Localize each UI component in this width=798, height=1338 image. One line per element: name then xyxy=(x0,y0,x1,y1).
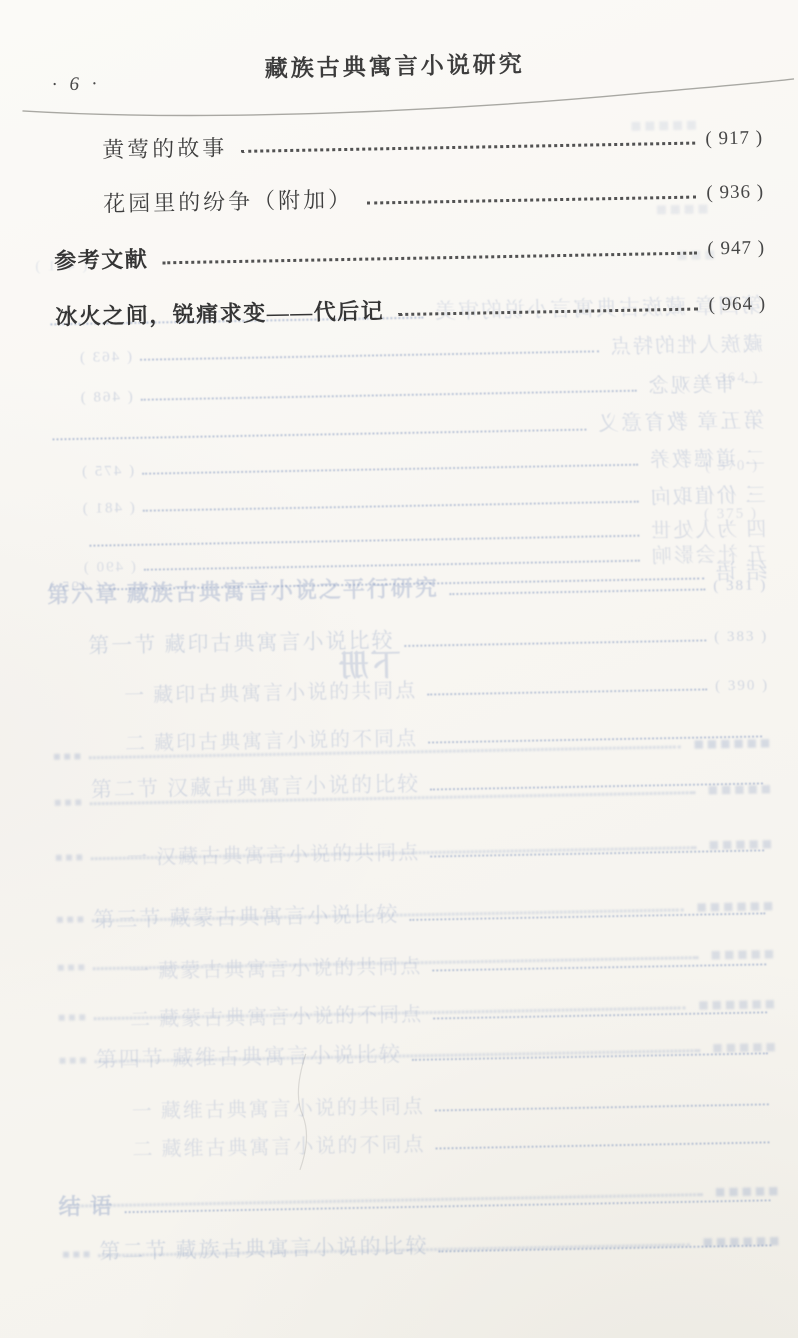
toc-entry-page: ( 936 ) xyxy=(706,181,764,204)
bleedthrough-line: ( 375 ) xyxy=(704,505,758,523)
bleedthrough-line: 藏族人性的特点( 463 ) xyxy=(78,327,763,369)
page-content: · 6 · 藏族古典寓言小说研究 ■■■■■■■■■■■■( 461 )第四章 … xyxy=(0,0,798,1338)
toc-entry-page: ( 964 ) xyxy=(708,293,766,316)
running-head-title: 藏族古典寓言小说研究 xyxy=(0,41,794,89)
dot-leader xyxy=(367,196,696,205)
dot-leader xyxy=(398,308,698,317)
bleedthrough-line: 第五章 教育意义 xyxy=(44,404,764,447)
bleedthrough-layer: ■■■■■■■■■■■■( 461 )第四章 藏族古典寓言小说的审美藏族人性的特… xyxy=(0,0,792,7)
toc-entry-label: 花园里的纷争（附加） xyxy=(103,183,354,219)
bleedthrough-line: 二 藏维古典寓言小说的不同点 xyxy=(132,1121,777,1162)
bleedthrough-line: 一 审美观念( 468 ) xyxy=(78,367,763,409)
toc-entry-page: ( 947 ) xyxy=(707,237,765,260)
toc-entry-page: ( 917 ) xyxy=(705,127,763,150)
toc-entry-label: 黄莺的故事 xyxy=(102,131,228,164)
dot-leader xyxy=(241,142,695,153)
bleedthrough-line: ( 370 ) xyxy=(705,457,759,475)
bleedthrough-line: 第一节 藏印古典寓言小说比较( 383 ) xyxy=(88,617,768,659)
toc-entry: 黄莺的故事 ( 917 ) xyxy=(102,121,763,164)
toc-entry-label: 参考文献 xyxy=(54,243,149,276)
toc-entry: 参考文献 ( 947 ) xyxy=(54,231,765,275)
bleedthrough-line: 二 道德教养( 475 ) xyxy=(80,441,765,483)
bleedthrough-line: 一 藏印古典寓言小说的共同点( 390 ) xyxy=(124,667,769,708)
toc-entry-label: 冰火之间，锐痛求变——代后记 xyxy=(55,294,385,331)
bleedthrough-line: 一 藏维古典寓言小说的共同点 xyxy=(132,1083,777,1124)
toc-entry: 冰火之间，锐痛求变——代后记 ( 964 ) xyxy=(55,287,766,331)
dot-leader xyxy=(162,252,697,265)
bleedthrough-line: ( 364 ) xyxy=(705,369,759,387)
